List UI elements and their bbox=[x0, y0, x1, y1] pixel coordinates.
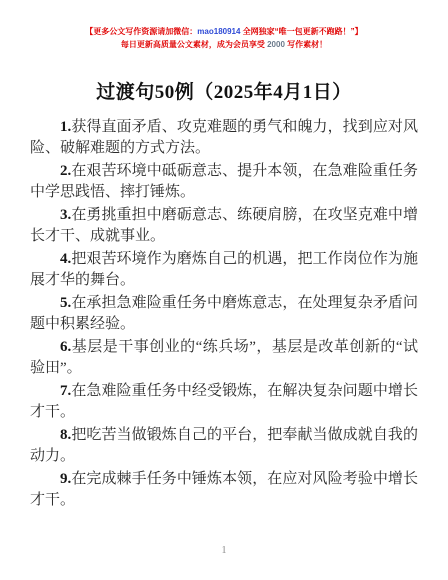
document-title: 过渡句50例（2025年4月1日） bbox=[0, 77, 448, 104]
ad-line2-prefix: 每日更新高质量公文素材，成为会员享受 bbox=[121, 40, 267, 49]
page-number: 1 bbox=[0, 545, 448, 556]
paragraph-number: 3. bbox=[60, 207, 71, 223]
ad-line1-suffix: 全网独家“唯一包更新不跑路！”】 bbox=[240, 27, 362, 36]
paragraph: 8.把吃苦当做锻炼自己的平台，把奉献当做成就自我的动力。 bbox=[30, 425, 418, 467]
paragraph: 6.基层是干事创业的“练兵场”，基层是改革创新的“试验田”。 bbox=[30, 337, 418, 379]
paragraph-text: 在勇挑重担中磨砺意志、练硬肩膀，在攻坚克难中增长才干、成就事业。 bbox=[30, 207, 418, 244]
paragraph: 4.把艰苦环境作为磨炼自己的机遇，把工作岗位作为施展才华的舞台。 bbox=[30, 249, 418, 291]
paragraph-number: 7. bbox=[60, 383, 71, 399]
paragraph-number: 5. bbox=[60, 295, 71, 311]
paragraph: 7.在急难险重任务中经受锻炼，在解决复杂问题中增长才干。 bbox=[30, 381, 418, 423]
ad-banner: 【更多公文写作资源请加微信：mao180914 全网独家“唯一包更新不跑路！”】… bbox=[0, 26, 448, 51]
paragraph-text: 基层是干事创业的“练兵场”，基层是改革创新的“试验田”。 bbox=[30, 339, 418, 376]
paragraph-text: 把艰苦环境作为磨炼自己的机遇，把工作岗位作为施展才华的舞台。 bbox=[30, 251, 418, 288]
ad-banner-line2: 每日更新高质量公文素材，成为会员享受 2000 写作素材！ bbox=[0, 39, 448, 52]
paragraph-list: 1.获得直面矛盾、攻克难题的勇气和魄力，找到应对风险、破解难题的方式方法。 2.… bbox=[0, 117, 448, 511]
paragraph-number: 4. bbox=[60, 251, 71, 267]
paragraph-number: 2. bbox=[60, 163, 71, 179]
material-count: 2000 bbox=[267, 40, 285, 49]
paragraph-text: 在承担急难险重任务中磨炼意志，在处理复杂矛盾问题中积累经验。 bbox=[30, 295, 418, 332]
document-page: 【更多公文写作资源请加微信：mao180914 全网独家“唯一包更新不跑路！”】… bbox=[0, 0, 448, 580]
paragraph-text: 获得直面矛盾、攻克难题的勇气和魄力，找到应对风险、破解难题的方式方法。 bbox=[30, 119, 418, 156]
wechat-id: mao180914 bbox=[197, 27, 240, 36]
paragraph: 5.在承担急难险重任务中磨炼意志，在处理复杂矛盾问题中积累经验。 bbox=[30, 293, 418, 335]
paragraph: 3.在勇挑重担中磨砺意志、练硬肩膀，在攻坚克难中增长才干、成就事业。 bbox=[30, 205, 418, 247]
paragraph-text: 把吃苦当做锻炼自己的平台，把奉献当做成就自我的动力。 bbox=[30, 427, 418, 464]
paragraph-number: 9. bbox=[60, 471, 71, 487]
ad-banner-line1: 【更多公文写作资源请加微信：mao180914 全网独家“唯一包更新不跑路！”】 bbox=[0, 26, 448, 39]
paragraph-number: 6. bbox=[60, 339, 71, 355]
paragraph-number: 1. bbox=[60, 119, 71, 135]
paragraph-text: 在急难险重任务中经受锻炼，在解决复杂问题中增长才干。 bbox=[30, 383, 418, 420]
paragraph-text: 在完成棘手任务中锤炼本领，在应对风险考验中增长才干。 bbox=[30, 471, 418, 508]
paragraph-text: 在艰苦环境中砥砺意志、提升本领，在急难险重任务中学思践悟、摔打锤炼。 bbox=[30, 163, 418, 200]
ad-line1-prefix: 【更多公文写作资源请加微信： bbox=[85, 27, 197, 36]
paragraph: 9.在完成棘手任务中锤炼本领，在应对风险考验中增长才干。 bbox=[30, 469, 418, 511]
paragraph: 2.在艰苦环境中砥砺意志、提升本领，在急难险重任务中学思践悟、摔打锤炼。 bbox=[30, 161, 418, 203]
paragraph-number: 8. bbox=[60, 427, 71, 443]
ad-line2-suffix: 写作素材！ bbox=[285, 40, 327, 49]
paragraph: 1.获得直面矛盾、攻克难题的勇气和魄力，找到应对风险、破解难题的方式方法。 bbox=[30, 117, 418, 159]
